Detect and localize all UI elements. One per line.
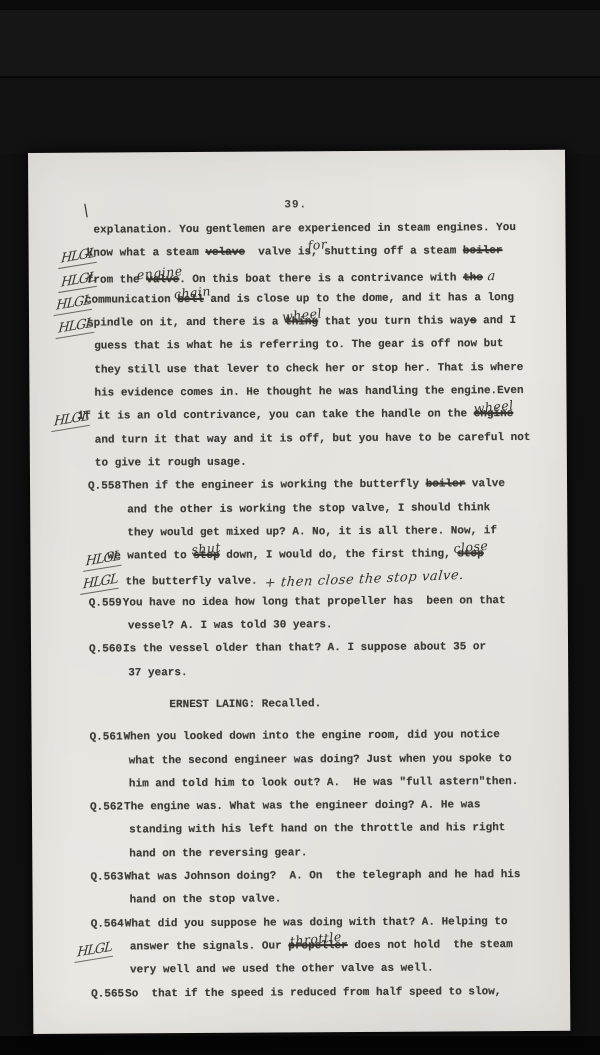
typed-text: they would get mixed up? A. No, it is al…: [127, 525, 497, 539]
transcript-line: they still use that lever to check her o…: [29, 361, 566, 388]
transcript-line: Q.563What was Johnson doing? A. On the t…: [32, 869, 569, 896]
typed-text: hand on the reversing gear.: [129, 847, 307, 860]
typed-text: what the second engineer was doing? Just…: [129, 753, 512, 767]
transcript-line: Q.561When you looked down into the engin…: [32, 729, 569, 756]
document-page: 39. \ explanation. You gentlemen are exp…: [28, 150, 570, 1034]
transcript-line: 37 years.: [31, 664, 568, 691]
transcript-line: HLGLknow what a steam velave valve is,fo…: [29, 245, 566, 272]
typed-text: What did you suppose he was doing with t…: [125, 916, 508, 930]
typed-text: 37 years.: [128, 667, 187, 679]
struck-text: the: [463, 272, 483, 284]
transcript-line: and the other is working the stop valve,…: [30, 501, 567, 528]
typed-text: explanation. You gentlemen are experienc…: [93, 222, 516, 237]
margin-initials: HLGL: [51, 410, 91, 433]
typed-text: and the other is working the stop valve,…: [127, 502, 490, 516]
typed-text: hand on the stop valve.: [130, 894, 282, 907]
typed-text: What was Johnson doing? A. On the telegr…: [124, 869, 520, 883]
typed-text: The engine was. What was the engineer do…: [124, 799, 481, 813]
typed-text: valve: [465, 478, 505, 490]
struck-text: boiler: [463, 245, 503, 257]
typed-text: standing with his left hand on the throt…: [129, 823, 505, 837]
question-number: Q.562: [90, 802, 123, 814]
margin-initials: HLGL: [58, 270, 98, 293]
transcript-line: guess that is what he is referring to. T…: [29, 338, 566, 365]
typed-text: him and told him to look out? A. He was …: [129, 776, 519, 790]
typed-text: You have no idea how long that propeller…: [123, 595, 506, 609]
transcript-line: HLGLanswer the signals. Our propellerthr…: [33, 939, 570, 966]
question-number: Q.559: [89, 597, 122, 609]
typed-text: Then if the engineer is working the butt…: [122, 479, 426, 493]
question-number: Q.565: [91, 988, 124, 1000]
transcript-line: him and told him to look out? A. He was …: [32, 776, 569, 803]
typed-text: shutting off a steam: [318, 246, 463, 259]
transcript-line: vessel? A. I was told 30 years.: [31, 618, 568, 645]
typed-text: guess that is what he is referring to. T…: [94, 339, 503, 353]
handwritten-text: a: [482, 268, 497, 284]
transcript-line: very well and we used the other valve as…: [33, 962, 570, 989]
typed-text: does not hold the steam: [348, 939, 513, 952]
question-number: Q.561: [90, 732, 123, 744]
transcript-line: Q.559You have no idea how long that prop…: [31, 594, 568, 621]
margin-initials: HLGL: [56, 317, 96, 340]
transcript-line: hand on the reversing gear.: [32, 845, 569, 872]
transcript-line: HLGLif it is an old contrivance, you can…: [30, 408, 567, 435]
transcript-line: and turn it that way and it is off, but …: [30, 431, 567, 458]
margin-initials: HLGL: [74, 940, 114, 963]
transcript-line: what the second engineer was doing? Just…: [32, 752, 569, 779]
typed-text: if it is an old contrivance, you can tak…: [78, 409, 474, 423]
margin-initials: HLGL: [80, 573, 120, 596]
transcript-line: Q.565So that if the speed is reduced fro…: [33, 985, 570, 1012]
question-number: Q.558: [88, 481, 121, 493]
transcript-line: ERNEST LAING: Recalled.: [31, 697, 568, 724]
film-band-mid: [0, 78, 600, 153]
struck-text: velave: [205, 247, 245, 259]
transcript-lines: explanation. You gentlemen are experienc…: [28, 222, 570, 1012]
microfilm-frame: 39. \ explanation. You gentlemen are exp…: [0, 0, 600, 1055]
typed-text: they still use that lever to check her o…: [94, 362, 523, 377]
typed-text: . On this boat there is a contrivance wi…: [179, 272, 463, 286]
margin-initials: HLGL: [83, 549, 123, 572]
typed-text: When you looked down into the engine roo…: [124, 729, 500, 743]
transcript-line: standing with his left hand on the throt…: [32, 822, 569, 849]
typed-text: Is the vessel older than that? A. I supp…: [123, 642, 486, 656]
typed-text: and turn it that way and it is off, but …: [95, 432, 531, 447]
typed-text: the butterfly valve.: [126, 576, 265, 589]
typed-text: that you turn this way: [318, 315, 470, 328]
typed-text: down, I would do, the first thing,: [220, 549, 458, 562]
transcript-line: HLGLfrom the valveengine. On this boat t…: [29, 268, 566, 295]
struck-text: boiler: [426, 479, 466, 491]
film-band-top: [0, 10, 600, 76]
transcript-line: Q.558Then if the engineer is working the…: [30, 478, 567, 505]
transcript-line: HLGLwe wanted to stopshut down, I would …: [30, 548, 567, 575]
transcript-line: HLGLthe butterfly valve. + then close th…: [31, 571, 568, 598]
question-number: Q.564: [91, 918, 124, 930]
typed-text: very well and we used the other valve as…: [130, 963, 434, 977]
margin-initials: HLGL: [54, 293, 94, 316]
typed-text: spindle on it, and there is a: [87, 317, 285, 330]
page-number: 39.: [284, 199, 307, 211]
typed-text: and I: [477, 315, 517, 327]
typed-text: vessel? A. I was told 30 years.: [128, 619, 333, 632]
typed-text: ERNEST LAING: Recalled.: [169, 698, 321, 711]
typed-text: and is close up to the dome, and it has …: [204, 292, 514, 306]
typed-text: valve is,: [245, 247, 318, 259]
film-band-top-dark: [0, 0, 600, 10]
typed-text: his evidence comes in. He thought he was…: [94, 385, 523, 400]
typed-text: answer the signals. Our: [130, 940, 289, 953]
typed-text: communication: [85, 294, 177, 307]
pen-checkmark: \: [82, 200, 90, 220]
transcript-line: Q.560Is the vessel older than that? A. I…: [31, 641, 568, 668]
transcript-line: hand on the stop valve.: [33, 892, 570, 919]
typed-text: know what a steam: [87, 247, 206, 260]
typed-text: So that if the speed is reduced from hal…: [125, 986, 501, 1000]
film-band-bottom: [0, 1036, 600, 1055]
margin-initials: HLGL: [58, 247, 98, 270]
question-number: Q.560: [89, 644, 122, 656]
typed-text: to give it rough usage.: [95, 457, 247, 470]
question-number: Q.563: [90, 871, 123, 883]
